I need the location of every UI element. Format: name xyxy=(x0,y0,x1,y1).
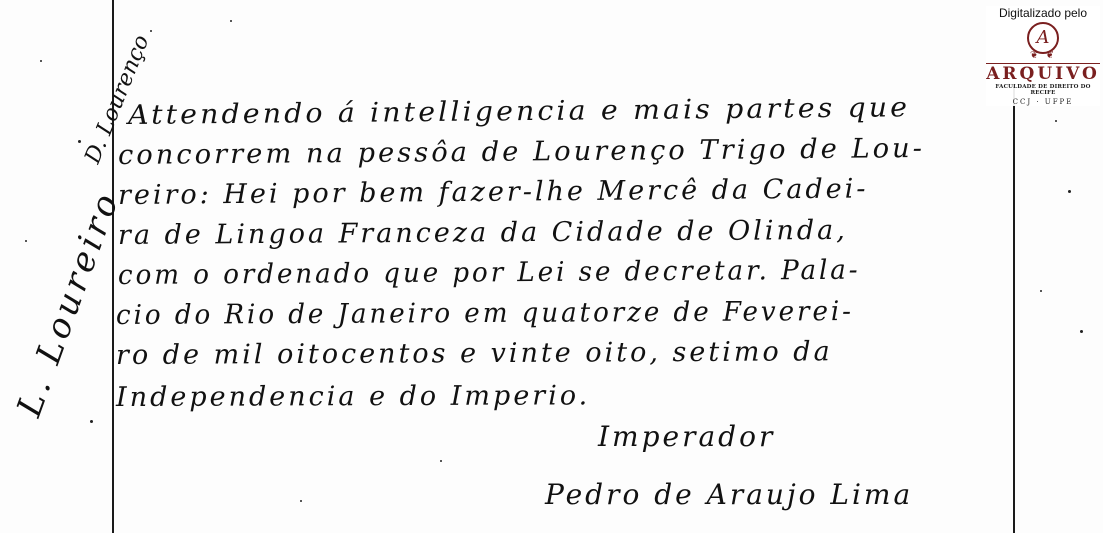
scan-speck xyxy=(1080,330,1083,333)
document-line-2: concorrem na pessôa de Lourenço Trigo de… xyxy=(118,133,925,171)
right-margin-rule xyxy=(1013,85,1015,533)
scan-speck xyxy=(300,500,302,502)
scanned-document-page: D. Lourenço L. Loureiro Attendendo á int… xyxy=(0,0,1103,533)
scan-speck xyxy=(1068,190,1071,193)
document-line-5: com o ordenado que por Lei se decretar. … xyxy=(118,255,861,291)
document-line-4: ra de Lingoa Franceza da Cidade de Olind… xyxy=(118,215,848,251)
scan-speck xyxy=(78,140,81,143)
scan-speck xyxy=(230,20,232,22)
signatory-name: Pedro de Araujo Lima xyxy=(545,478,913,511)
signature-title: Imperador xyxy=(598,420,775,453)
margin-annotation-lower: L. Loureiro xyxy=(9,185,128,421)
scan-speck xyxy=(40,60,42,62)
watermark-subtitle: FACULDADE DE DIREITO DO RECIFE xyxy=(986,84,1100,96)
document-line-8: Independencia e do Imperio. xyxy=(116,380,590,413)
scan-speck xyxy=(1055,120,1057,122)
scan-speck xyxy=(1040,290,1042,292)
document-line-6: cio do Rio de Janeiro em quatorze de Fev… xyxy=(116,296,854,331)
document-line-3: reiro: Hei por bem fazer-lhe Mercê da Ca… xyxy=(118,173,869,211)
scan-speck xyxy=(440,460,442,462)
document-line-1: Attendendo á intelligencia e mais partes… xyxy=(128,92,910,131)
watermark-title: ARQUIVO xyxy=(986,63,1100,84)
watermark-caption: Digitalizado pelo xyxy=(986,6,1100,20)
watermark-unit: CCJ · UFPE xyxy=(986,98,1100,106)
document-line-7: ro de mil oitocentos e vinte oito, setim… xyxy=(116,336,833,371)
archive-emblem-icon: A xyxy=(1027,22,1059,54)
scan-speck xyxy=(150,30,152,32)
scan-speck xyxy=(90,420,93,423)
archive-watermark: Digitalizado pelo A ❦ ❦ ARQUIVO FACULDAD… xyxy=(986,6,1100,106)
scan-speck xyxy=(25,240,27,242)
